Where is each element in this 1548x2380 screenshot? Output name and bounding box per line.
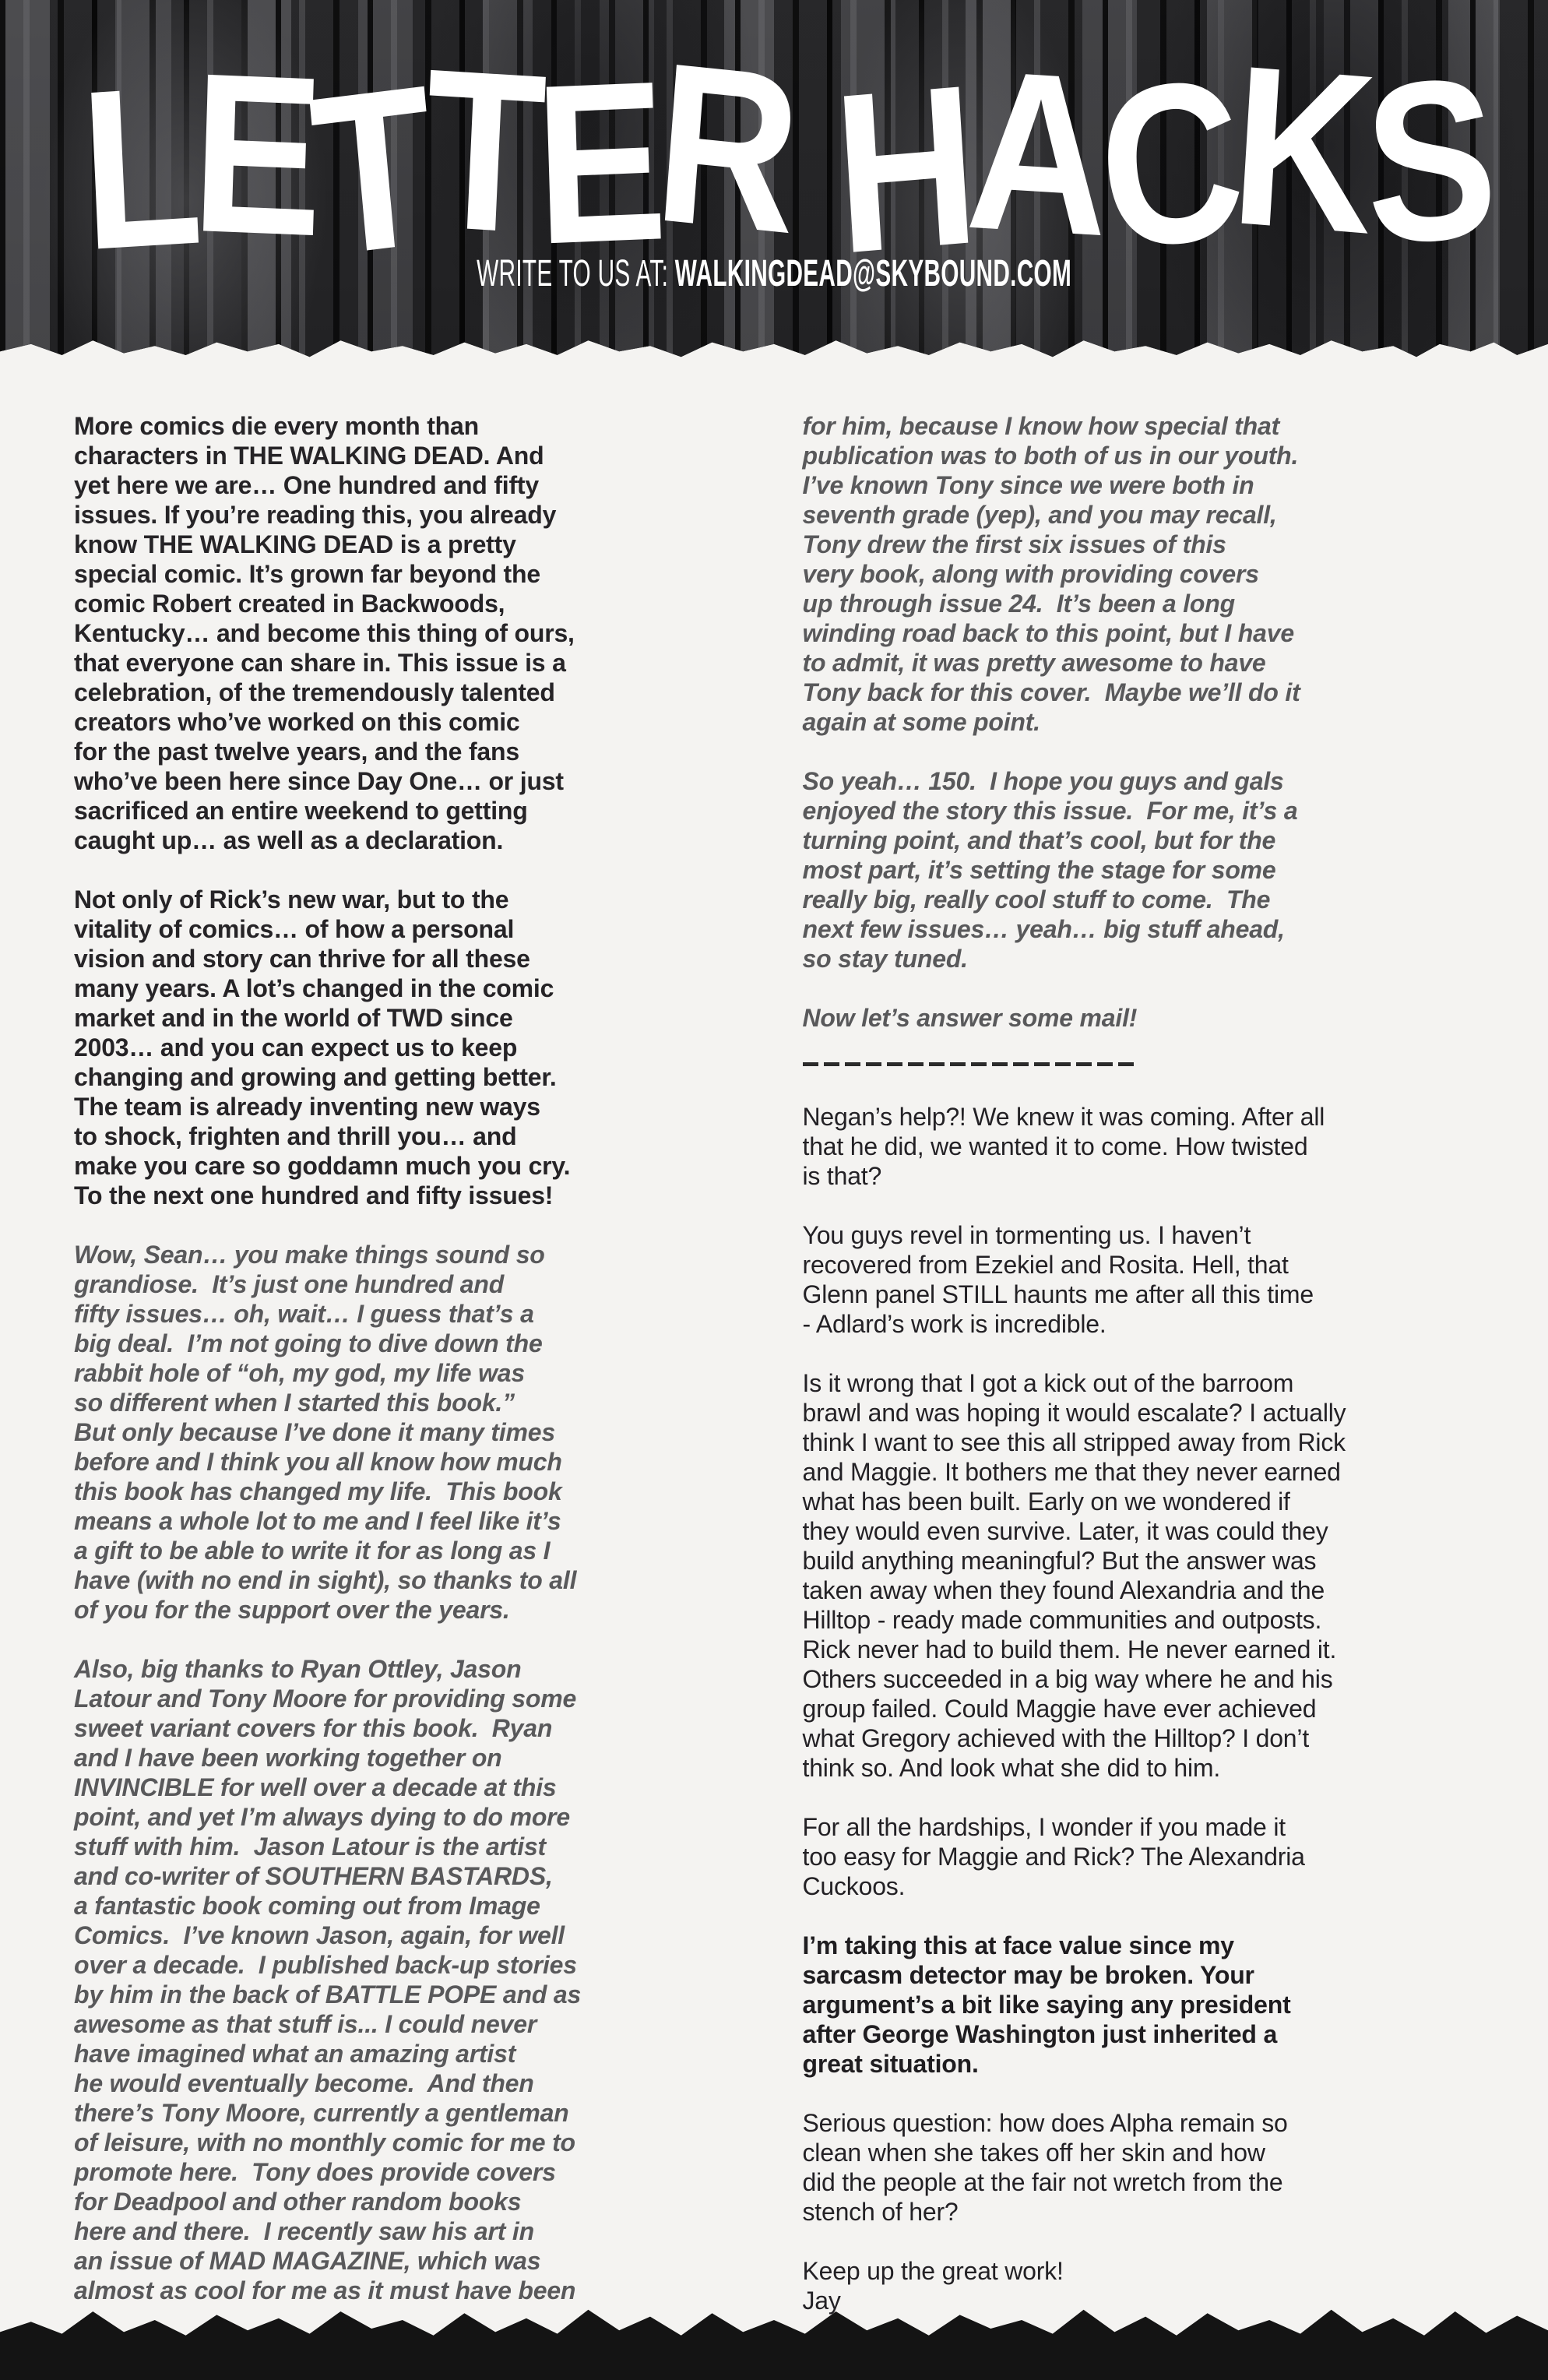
- kirkman-reply-paragraph: So yeah… 150. I hope you guys and gals e…: [803, 766, 1504, 973]
- right-column: for him, because I know how special that…: [803, 411, 1504, 2345]
- reader-letter-paragraph: Is it wrong that I got a kick out of the…: [803, 1368, 1504, 1783]
- letter-signoff: Keep up the great work! Jay: [803, 2256, 1504, 2315]
- letters-columns: More comics die every month than charact…: [74, 411, 1503, 2345]
- kirkman-reply-paragraph: Also, big thanks to Ryan Ottley, Jason L…: [74, 1654, 775, 2305]
- letter-hacks-page: LETTER HACKS WRITE TO US AT: WALKINGDEAD…: [0, 0, 1548, 2380]
- reader-letter-paragraph: For all the hardships, I wonder if you m…: [803, 1812, 1504, 1901]
- editor-intro-paragraph: Not only of Rick’s new war, but to the v…: [74, 885, 775, 1210]
- contact-email: WALKINGDEAD@SKYBOUND.COM: [675, 253, 1071, 294]
- write-to-us-label: WRITE TO US AT:: [477, 253, 675, 294]
- reader-letter-paragraph: You guys revel in tormenting us. I haven…: [803, 1220, 1504, 1339]
- kirkman-reply-paragraph: Wow, Sean… you make things sound so gran…: [74, 1240, 775, 1625]
- editor-intro-paragraph: More comics die every month than charact…: [74, 411, 775, 855]
- page-title-wrap: LETTER HACKS: [0, 20, 1548, 282]
- reader-letter-paragraph: Negan’s help?! We knew it was coming. Af…: [803, 1102, 1504, 1191]
- left-column: More comics die every month than charact…: [74, 411, 775, 2345]
- kirkman-reply-paragraph: for him, because I know how special that…: [803, 411, 1504, 737]
- write-to-us-line: WRITE TO US AT: WALKINGDEAD@SKYBOUND.COM: [0, 254, 1548, 294]
- dashed-divider: [803, 1062, 1139, 1066]
- answer-mail-line: Now let’s answer some mail!: [803, 1003, 1504, 1033]
- page-title: LETTER HACKS: [82, 34, 1487, 287]
- header-banner: LETTER HACKS WRITE TO US AT: WALKINGDEAD…: [0, 0, 1548, 366]
- editor-response-paragraph: I’m taking this at face value since my s…: [803, 1931, 1504, 2079]
- reader-letter-paragraph: Serious question: how does Alpha remain …: [803, 2108, 1504, 2227]
